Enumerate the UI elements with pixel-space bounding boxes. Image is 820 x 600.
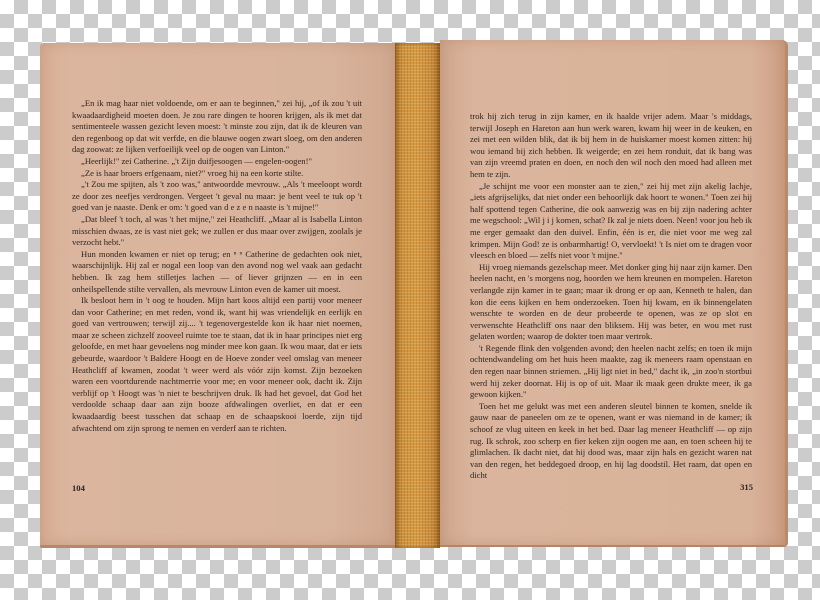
left-page: „En ik mag haar niet voldoende, om er aa… — [40, 43, 396, 548]
paragraph: „Heerlijk!" zei Catherine. „'t Zijn duif… — [72, 156, 362, 168]
paragraph: Ik besloot hem in 't oog te houden. Mijn… — [72, 295, 362, 434]
right-page: trok hij zich terug in zijn kamer, en ik… — [440, 40, 788, 547]
paragraph: Hun monden kwamen er niet op terug; en ⁿ… — [72, 249, 362, 295]
paragraph: trok hij zich terug in zijn kamer, en ik… — [470, 111, 752, 181]
left-page-text: „En ik mag haar niet voldoende, om er aa… — [72, 98, 362, 434]
paragraph: „Ze is haar broers erfgenaam, niet?" vro… — [72, 168, 362, 180]
paragraph: Hij vroeg niemands gezelschap meer. Met … — [470, 262, 752, 343]
paragraph: „Dat bleef 't toch, al was 't het mijne,… — [72, 214, 362, 249]
right-page-text: trok hij zich terug in zijn kamer, en ik… — [470, 111, 752, 482]
paragraph: 't Regende flink den volgenden avond; de… — [470, 343, 752, 401]
paragraph: „Je schijnt me voor een monster aan te z… — [470, 181, 752, 262]
open-book: „En ik mag haar niet voldoende, om er aa… — [0, 0, 820, 600]
paragraph: Toen het me gelukt was met een anderen s… — [470, 401, 752, 482]
paragraph: „En ik mag haar niet voldoende, om er aa… — [72, 98, 362, 156]
book-spine — [395, 43, 440, 548]
page-number-right: 315 — [740, 482, 753, 492]
paragraph: „'t Zou me spijten, als 't zoo was," ant… — [72, 179, 362, 214]
page-number-left: 104 — [72, 483, 85, 493]
